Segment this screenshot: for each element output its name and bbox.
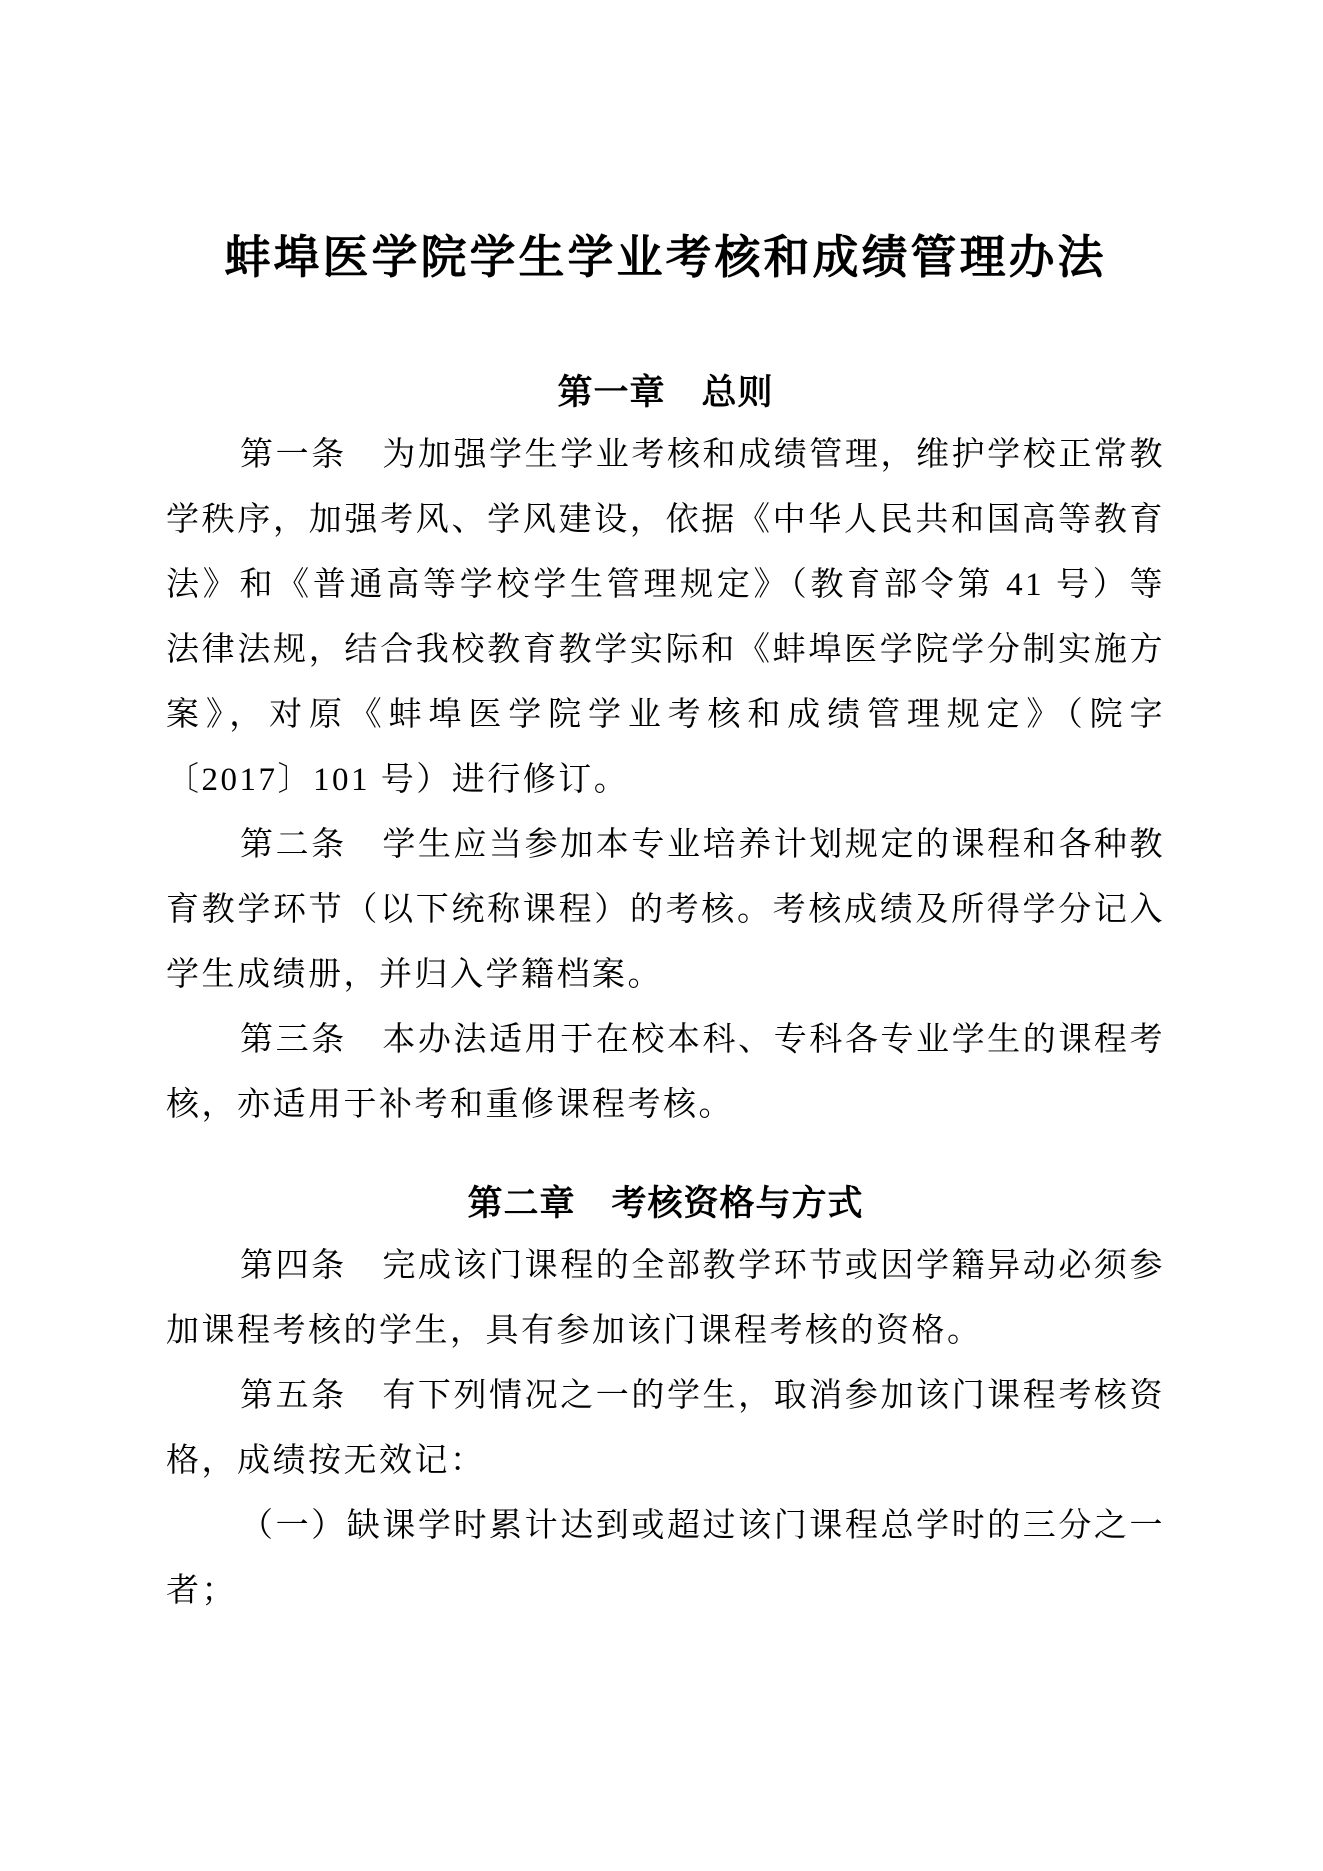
document-page: 蚌埠医学院学生学业考核和成绩管理办法 第一章 总则第一条 为加强学生学业考核和成… [0, 0, 1323, 1871]
body-paragraph: （一）缺课学时累计达到或超过该门课程总学时的三分之一者； [166, 1494, 1165, 1624]
document-body: 第一章 总则第一条 为加强学生学业考核和成绩管理，维护学校正常教学秩序，加强考风… [166, 373, 1165, 1624]
body-paragraph: 第二条 学生应当参加本专业培养计划规定的课程和各种教育教学环节（以下统称课程）的… [166, 813, 1165, 1008]
body-paragraph: 第五条 有下列情况之一的学生，取消参加该门课程考核资格，成绩按无效记： [166, 1364, 1165, 1494]
body-paragraph: 第三条 本办法适用于在校本科、专科各专业学生的课程考核，亦适用于补考和重修课程考… [166, 1008, 1165, 1138]
chapter-heading: 第二章 考核资格与方式 [166, 1184, 1165, 1224]
body-paragraph: 第四条 完成该门课程的全部教学环节或因学籍异动必须参加课程考核的学生，具有参加该… [166, 1234, 1165, 1364]
chapter-heading: 第一章 总则 [166, 373, 1165, 413]
body-paragraph: 第一条 为加强学生学业考核和成绩管理，维护学校正常教学秩序，加强考风、学风建设，… [166, 423, 1165, 813]
document-title: 蚌埠医学院学生学业考核和成绩管理办法 [166, 232, 1165, 284]
